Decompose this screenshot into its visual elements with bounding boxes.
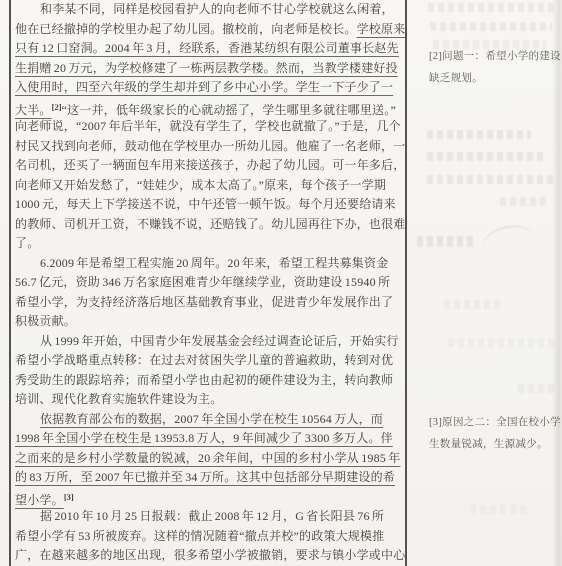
margin-note-line: 缺乏规划。 bbox=[429, 68, 561, 90]
margin-note-3: [3]原因之二：全国在校小学 生数量锐减，生源减少。 bbox=[429, 412, 561, 456]
text-line: 的教师、司机开工资，不赚钱不说，还赔钱了。幼儿园再往下办，也很难 bbox=[15, 215, 403, 235]
text-line: 生捐赠 20 万元，为学校修建了一栋两层教学楼。然而，当教学楼建好投 bbox=[15, 59, 403, 79]
text-line: 56.7 亿元，资助 346 万名家庭困难青少年继续学业，资助建设 15940 … bbox=[15, 273, 403, 293]
text-segment: 向老师又开始发愁了，“娃娃少，成本太高了。”原来，每个孩子一学期 bbox=[15, 178, 386, 192]
text-line: 的 83 万所，至 2007 年已撤并至 34 万所。这其中包括部分早期建设的希 bbox=[15, 468, 403, 488]
bleed-through-text bbox=[427, 130, 531, 139]
text-line: 希望小学，为支持经济落后地区基础教育事业，促进青少年发展作出了 bbox=[15, 293, 403, 313]
text-line: 希望小学有 53 所被废弃。这样的情况随着“撤点并校”的政策大规模推 bbox=[15, 527, 403, 547]
text-segment: 只有 12 口窑洞。2004 年 3 月，经联系，香港某纺织有限公司董事长赵先 bbox=[15, 41, 399, 55]
text-segment: 他在已经撤掉的学校里办起了幼儿园。撤校前，向老师是校长。 bbox=[15, 22, 357, 36]
text-segment: 希望小学有 53 所被废弃。这样的情况随着“撤点并校”的政策大规模推 bbox=[15, 529, 384, 543]
margin-rule-left bbox=[9, 0, 11, 566]
text-segment: 的教师、司机开工资，不赚钱不说，还赔钱了。幼儿园再往下办，也很难 bbox=[15, 217, 405, 231]
text-line: 广，在越来越多的地区出现，很多希望小学被撤销，要求与镇小学或中心 bbox=[15, 546, 403, 566]
text-segment: 秀受助生的跟踪培养；而希望小学也由起初的硬件建设为主，转向教师 bbox=[15, 373, 393, 387]
text-line: 只有 12 口窑洞。2004 年 3 月，经联系，香港某纺织有限公司董事长赵先 bbox=[15, 39, 403, 59]
text-segment: 希望小学战略重点转移：在过去对贫困失学儿童的普遍救助，转到对优 bbox=[15, 353, 393, 367]
bleed-through-text bbox=[427, 152, 547, 161]
margin-note-line: 生数量锐减，生源减少。 bbox=[429, 434, 561, 456]
text-segment: 名司机，还买了一辆面包车用来接送孩子，办起了幼儿园。可一年多后， bbox=[15, 158, 405, 172]
bleed-through-text bbox=[444, 300, 500, 309]
page-edge-shadow bbox=[552, 0, 562, 566]
text-line: 之而来的是乡村小学数量的锐减，20 余年间，中国的乡村小学从 1985 年 bbox=[15, 449, 403, 469]
text-segment: 从 1999 年开始，中国青少年发展基金会经过调查论证后，开始实行 bbox=[40, 334, 399, 348]
bleed-through-text bbox=[430, 22, 552, 31]
bleed-through-text bbox=[427, 175, 557, 184]
text-segment: 生捐赠 20 万元，为学校修建了一栋两层教学楼。然而，当教学楼建好投 bbox=[15, 61, 398, 75]
note-reference-marker: [3] bbox=[64, 492, 74, 502]
text-line: 据 2010 年 10 月 25 日报载：截止 2008 年 12 月，G 省长… bbox=[15, 507, 403, 527]
text-segment: 大半。 bbox=[15, 103, 52, 117]
text-segment: 1000 元，每天上下学接送不说，中午还管一顿午饭。每个月还要给请来 bbox=[15, 197, 396, 211]
main-text: 和李某不同，同样是校园看护人的向老师不甘心学校就这么闲着，他在已经撤掉的学校里办… bbox=[15, 0, 403, 566]
text-segment: 向老师说，“2007 年后半年，就没有学生了，学校也就撤了。”于是，几个 bbox=[15, 119, 401, 133]
bleed-through-text bbox=[448, 338, 554, 347]
text-line: 培训、现代化教育实施软件建设为主。 bbox=[15, 390, 403, 410]
text-line: 6.2009 年是希望工程实施 20 周年。20 年来，希望工程共募集资金 bbox=[15, 254, 403, 274]
text-segment: 入使用时，四至六年级的学生却并到了乡中心小学。学生一下子少了一 bbox=[15, 80, 393, 94]
text-line: 秀受助生的跟踪培养；而希望小学也由起初的硬件建设为主，转向教师 bbox=[15, 371, 403, 391]
note-reference-marker: [2] bbox=[52, 102, 62, 112]
text-line: 向老师说，“2007 年后半年，就没有学生了，学校也就撤了。”于是，几个 bbox=[15, 117, 403, 137]
text-line: 依据教育部公布的数据，2007 年全国小学在校生 10564 万人，而 bbox=[15, 410, 403, 430]
text-line: 了。 bbox=[15, 234, 403, 254]
text-segment: 积极贡献。 bbox=[15, 314, 76, 328]
text-line: 1000 元，每天上下学接送不说，中午还管一顿午饭。每个月还要给请来 bbox=[15, 195, 403, 215]
text-segment: 和李某不同，同样是校园看护人的向老师不甘心学校就这么闲着， bbox=[40, 2, 394, 16]
text-segment: 村民又找到向老师，鼓动他在学校里办一所幼儿园。他雇了一名老师，一 bbox=[15, 139, 405, 153]
text-line: 从 1999 年开始，中国青少年发展基金会经过调查论证后，开始实行 bbox=[15, 332, 403, 352]
text-segment: 广，在越来越多的地区出现，很多希望小学被撤销，要求与镇小学或中心 bbox=[15, 548, 405, 562]
margin-note-line: [2]问题一：希望小学的建设 bbox=[429, 46, 561, 68]
text-segment: 6.2009 年是希望工程实施 20 周年。20 年来，希望工程共募集资金 bbox=[40, 256, 388, 270]
margin-note-line: [3]原因之二：全国在校小学 bbox=[429, 412, 561, 434]
text-segment: 之而来的是乡村小学数量的锐减，20 余年间，中国的乡村小学从 1985 年 bbox=[15, 451, 400, 465]
text-segment: 望小学。 bbox=[15, 493, 64, 507]
text-segment: “这一并，低年级家长的心就动摇了，学生哪里多就往哪里送。” bbox=[62, 103, 396, 117]
bleed-through-mark bbox=[478, 220, 538, 255]
scanned-document-page: 和李某不同，同样是校园看护人的向老师不甘心学校就这么闲着，他在已经撤掉的学校里办… bbox=[0, 0, 562, 566]
text-line: 他在已经撤掉的学校里办起了幼儿园。撤校前，向老师是校长。学校原来 bbox=[15, 20, 403, 40]
text-segment: 依据教育部公布的数据，2007 年全国小学在校生 10564 万人，而 bbox=[40, 412, 383, 426]
bleed-through-text bbox=[500, 197, 546, 206]
text-segment: 56.7 亿元，资助 346 万名家庭困难青少年继续学业，资助建设 15940 … bbox=[15, 275, 390, 289]
text-segment: 的 83 万所，至 2007 年已撤并至 34 万所。这其中包括部分早期建设的希 bbox=[15, 470, 395, 484]
text-line: 积极贡献。 bbox=[15, 312, 403, 332]
text-segment: 学校原来 bbox=[357, 22, 406, 36]
text-line: 和李某不同，同样是校园看护人的向老师不甘心学校就这么闲着， bbox=[15, 0, 403, 20]
text-line: 入使用时，四至六年级的学生却并到了乡中心小学。学生一下子少了一 bbox=[15, 78, 403, 98]
text-line: 名司机，还买了一辆面包车用来接送孩子，办起了幼儿园。可一年多后， bbox=[15, 156, 403, 176]
text-line: 希望小学战略重点转移：在过去对贫困失学儿童的普遍救助，转到对优 bbox=[15, 351, 403, 371]
bleed-through-text bbox=[417, 236, 475, 247]
text-segment: 希望小学，为支持经济落后地区基础教育事业，促进青少年发展作出了 bbox=[15, 295, 393, 309]
text-line: 大半。[2]“这一并，低年级家长的心就动摇了，学生哪里多就往哪里送。” bbox=[15, 98, 403, 118]
text-segment: 1998 年全国小学在校生是 13953.8 万人，9 年间减少了 3300 多… bbox=[15, 431, 393, 445]
text-line: 1998 年全国小学在校生是 13953.8 万人，9 年间减少了 3300 多… bbox=[15, 429, 403, 449]
margin-rule-right bbox=[405, 0, 407, 566]
text-line: 向老师又开始发愁了，“娃娃少，成本太高了。”原来，每个孩子一学期 bbox=[15, 176, 403, 196]
margin-note-2: [2]问题一：希望小学的建设 缺乏规划。 bbox=[429, 46, 561, 90]
text-line: 望小学。[3] bbox=[15, 488, 403, 508]
text-line: 村民又找到向老师，鼓动他在学校里办一所幼儿园。他雇了一名老师，一 bbox=[15, 137, 403, 157]
bleed-through-text bbox=[470, 505, 530, 514]
text-segment: 据 2010 年 10 月 25 日报载：截止 2008 年 12 月，G 省长… bbox=[40, 509, 384, 523]
bleed-through-text bbox=[428, 3, 554, 12]
text-segment: 了。 bbox=[15, 236, 39, 250]
text-segment: 培训、现代化教育实施软件建设为主。 bbox=[15, 392, 222, 406]
